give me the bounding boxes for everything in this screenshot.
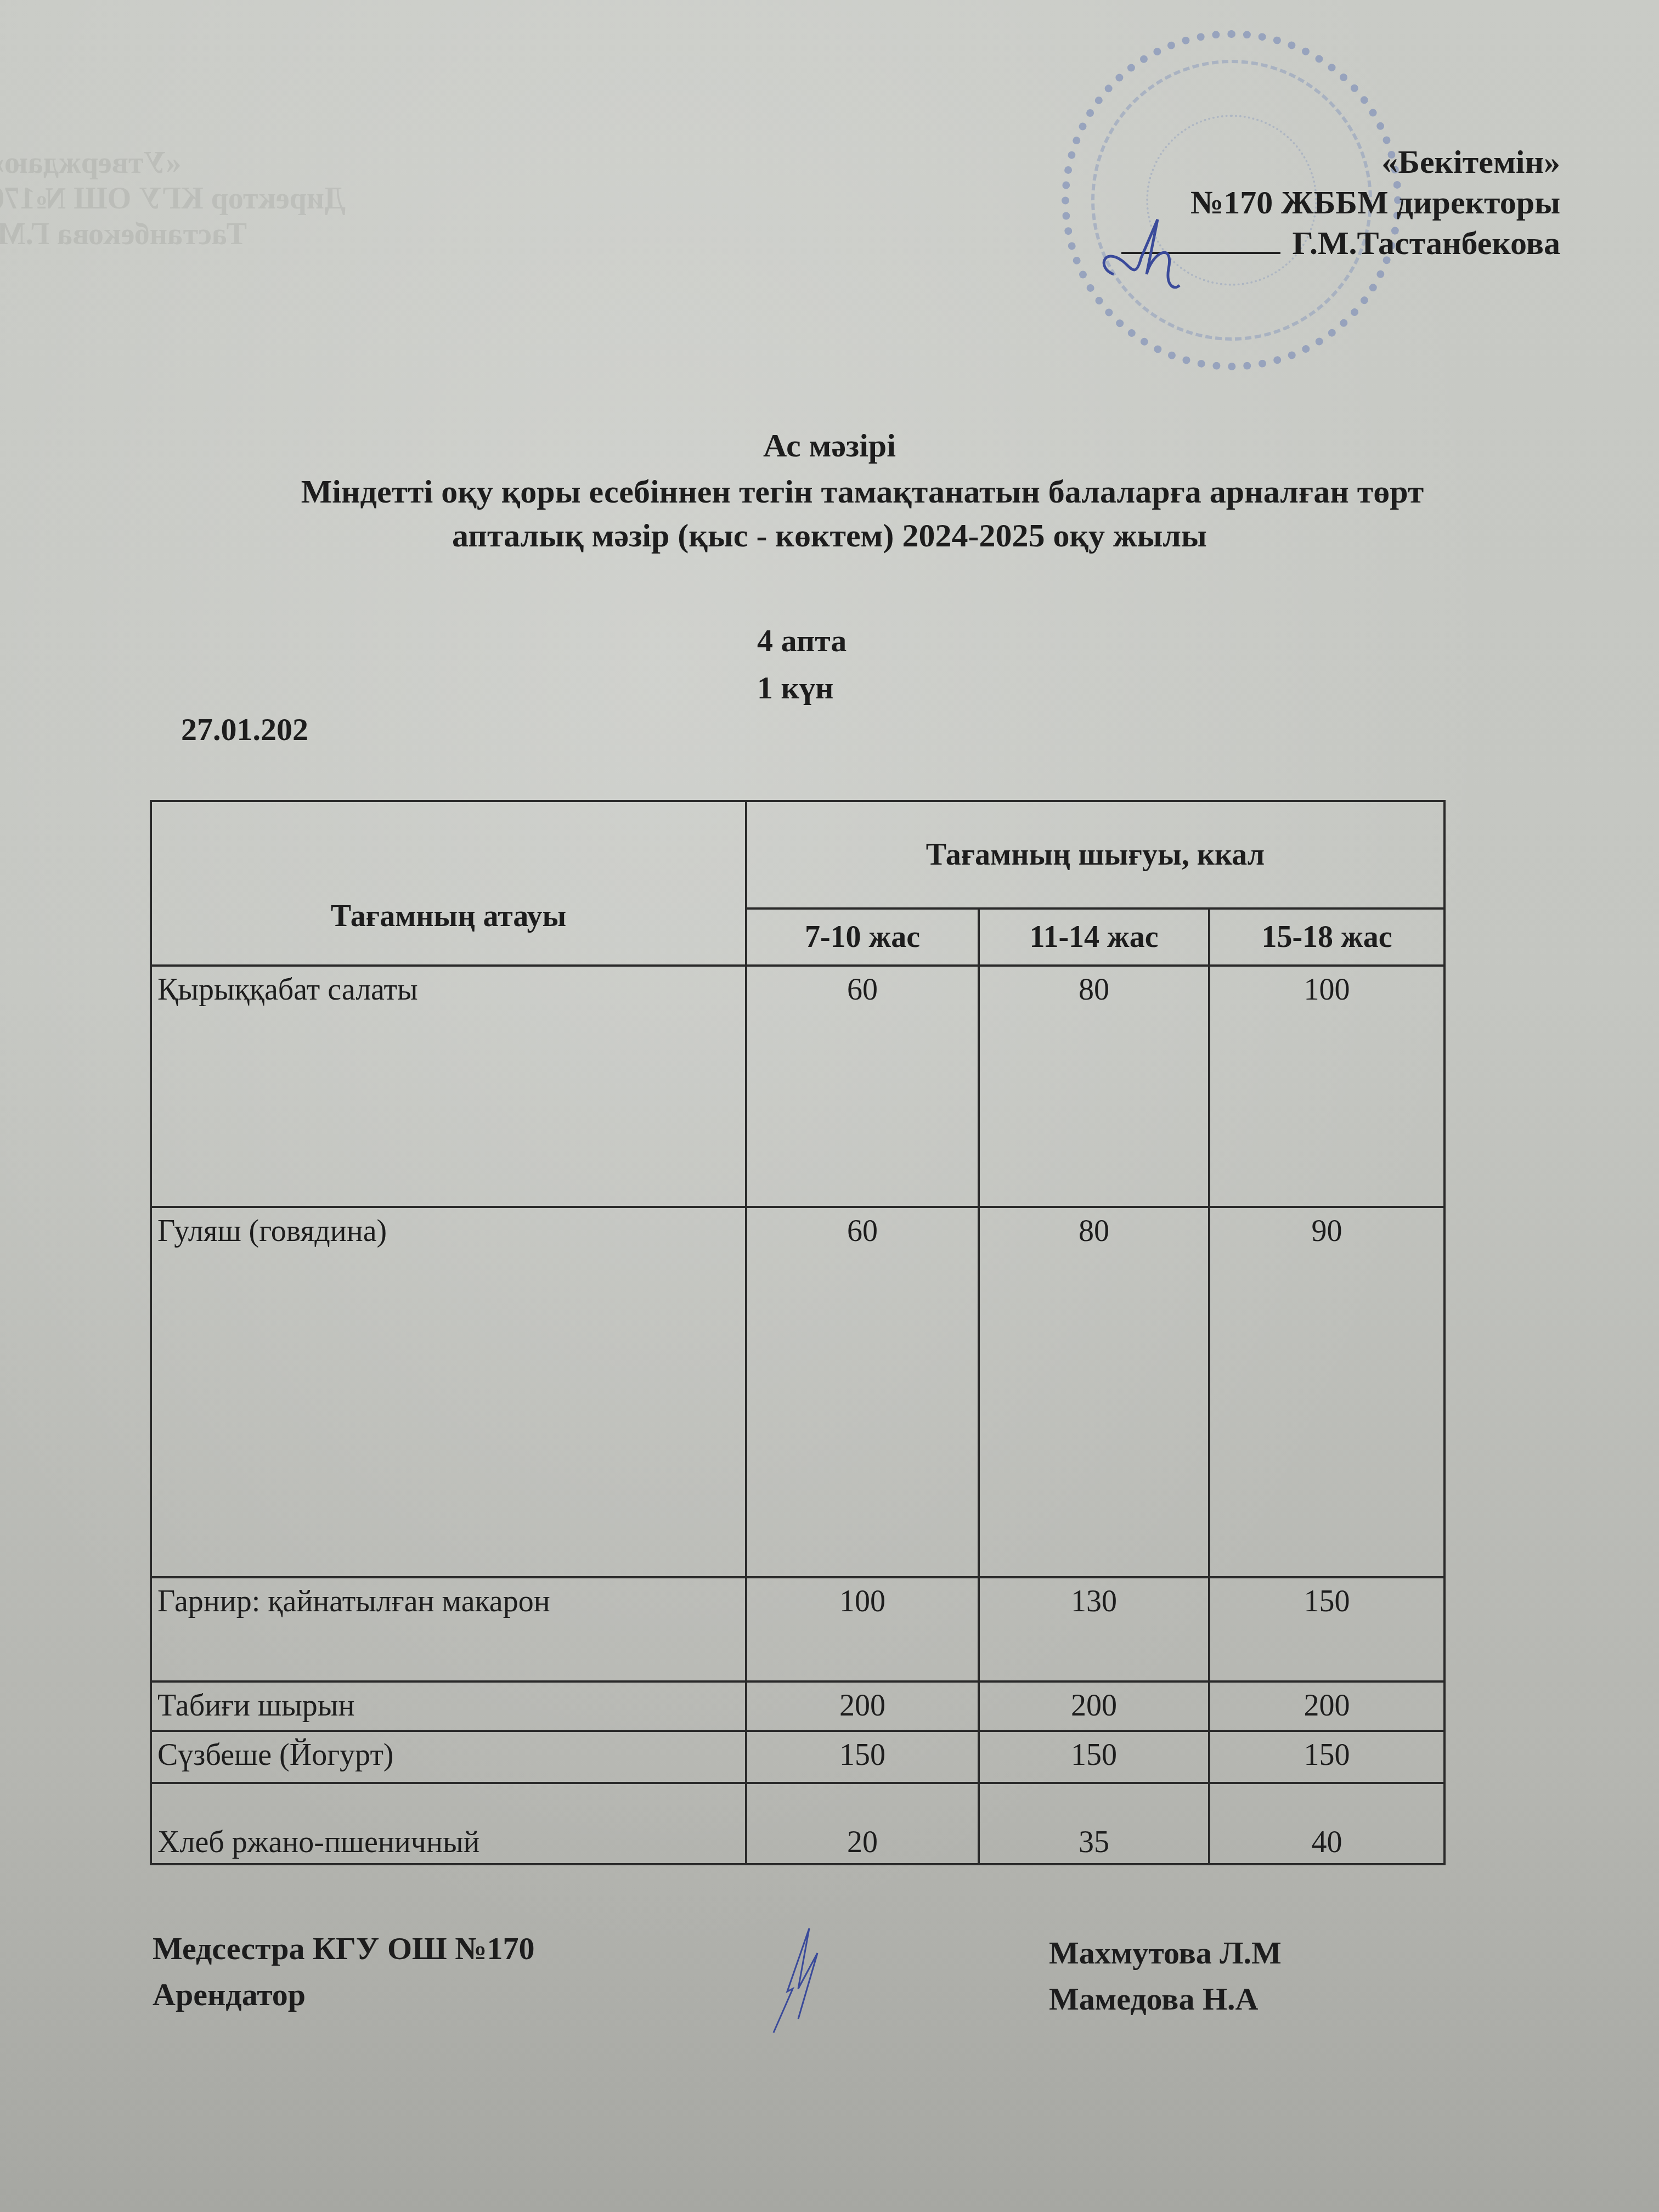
tenant-role: Арендатор (153, 1972, 535, 2018)
subtitle-line-2: апталық мәзір (қыс - көктем) 2024-2025 о… (0, 513, 1659, 557)
age-group-header: 15-18 жас (1209, 909, 1444, 966)
table-row: Табиғи шырын 200 200 200 (151, 1681, 1444, 1731)
value-15-18: 200 (1209, 1681, 1444, 1731)
dish-name: Хлеб ржано-пшеничный (151, 1783, 746, 1864)
output-header: Тағамның шығуы, ккал (746, 801, 1444, 909)
dish-name: Қырыққабат салаты (151, 966, 746, 1207)
day-label: 1 күн (757, 664, 847, 712)
value-7-10: 100 (746, 1577, 979, 1681)
value-15-18: 150 (1209, 1577, 1444, 1681)
value-11-14: 130 (979, 1577, 1209, 1681)
week-label: 4 апта (757, 617, 847, 664)
value-15-18: 100 (1209, 966, 1444, 1207)
dish-name: Гарнир: қайнатылған макарон (151, 1577, 746, 1681)
dish-name: Гуляш (говядина) (151, 1207, 746, 1577)
age-group-header: 7-10 жас (746, 909, 979, 966)
value-11-14: 80 (979, 966, 1209, 1207)
value-7-10: 200 (746, 1681, 979, 1731)
value-15-18: 40 (1209, 1783, 1444, 1864)
subtitle-line-1: Міндетті оқу қоры есебіннен тегін тамақт… (0, 470, 1659, 513)
value-11-14: 80 (979, 1207, 1209, 1577)
value-7-10: 60 (746, 966, 979, 1207)
value-11-14: 150 (979, 1731, 1209, 1783)
table-row: Гарнир: қайнатылған макарон 100 130 150 (151, 1577, 1444, 1681)
menu-date: 27.01.202 (181, 711, 308, 748)
value-15-18: 150 (1209, 1731, 1444, 1783)
dish-name: Табиғи шырын (151, 1681, 746, 1731)
value-15-18: 90 (1209, 1207, 1444, 1577)
nurse-name: Махмутова Л.М (1049, 1930, 1282, 1976)
director-signature-icon (1092, 208, 1223, 296)
reverse-bleed-text: Тастанбекова Г.М. (0, 217, 247, 252)
table-row: Гуляш (говядина) 60 80 90 (151, 1207, 1444, 1577)
footer-names: Махмутова Л.М Мамедова Н.А (1049, 1930, 1282, 2022)
table-row: Сүзбеше (Йогурт) 150 150 150 (151, 1731, 1444, 1783)
reverse-bleed-text: Директор КГУ ОШ №170 (0, 181, 346, 216)
value-11-14: 35 (979, 1783, 1209, 1864)
tenant-name: Мамедова Н.А (1049, 1976, 1282, 2022)
dish-name-header: Тағамның атауы (151, 801, 746, 966)
table-row: Қырыққабат салаты 60 80 100 (151, 966, 1444, 1207)
nurse-signature-icon (765, 1923, 837, 2038)
document-title: Ас мәзірі Міндетті оқу қоры есебіннен те… (0, 424, 1659, 557)
main-title: Ас мәзірі (0, 424, 1659, 467)
reverse-bleed-text: «Утверждаю» (0, 145, 182, 180)
age-group-header: 11-14 жас (979, 909, 1209, 966)
value-7-10: 60 (746, 1207, 979, 1577)
approval-heading: «Бекітемін» (1121, 142, 1561, 182)
value-7-10: 20 (746, 1783, 979, 1864)
footer-roles: Медсестра КГУ ОШ №170 Арендатор (153, 1926, 535, 2018)
value-11-14: 200 (979, 1681, 1209, 1731)
nurse-role: Медсестра КГУ ОШ №170 (153, 1926, 535, 1972)
week-day-label: 4 апта 1 күн (757, 617, 847, 712)
menu-table: Тағамның атауы Тағамның шығуы, ккал 7-10… (150, 800, 1446, 1865)
value-7-10: 150 (746, 1731, 979, 1783)
table-row: Хлеб ржано-пшеничный 20 35 40 (151, 1783, 1444, 1864)
approval-name: Г.М.Тастанбекова (1293, 225, 1561, 261)
dish-name: Сүзбеше (Йогурт) (151, 1731, 746, 1783)
